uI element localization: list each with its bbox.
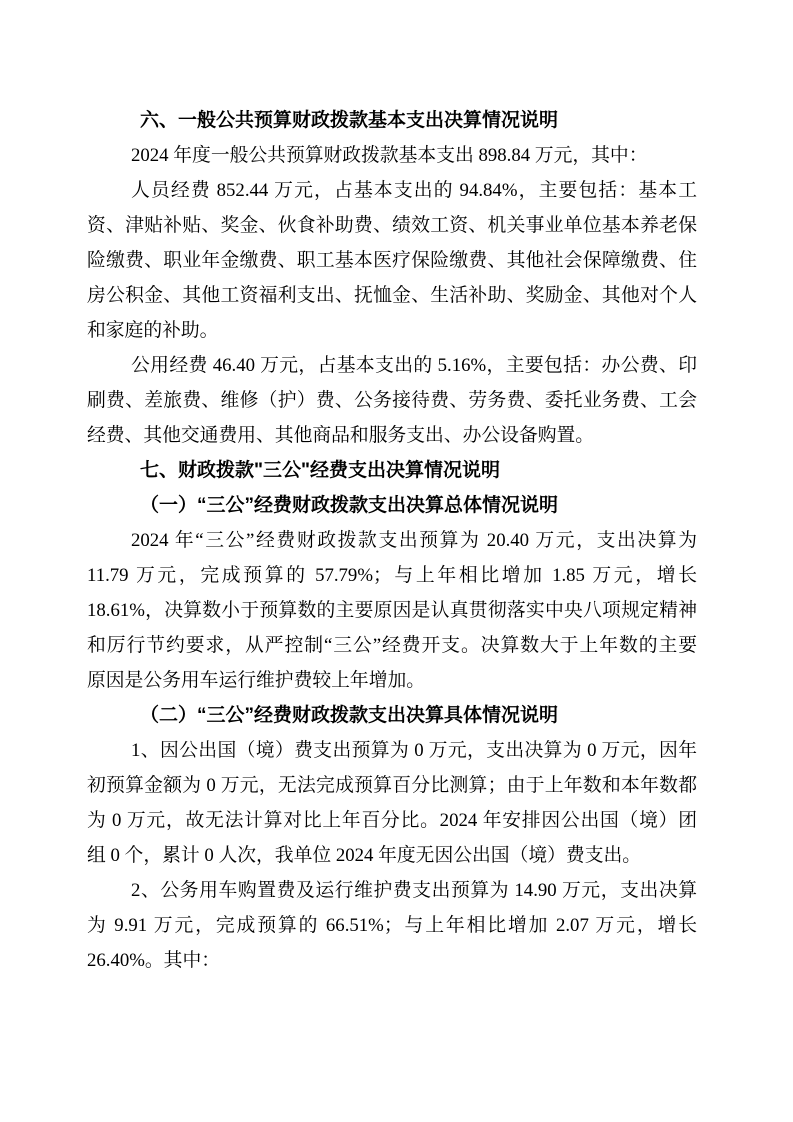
paragraph-line: 人员经费 852.44 万元，占基本支出的 94.84%，主要包括：基本工: [87, 173, 697, 208]
paragraph-line: 2024 年“三公”经费财政拨款支出预算为 20.40 万元，支出决算为: [87, 523, 697, 558]
section-7-heading: 七、财政拨款"三公"经费支出决算情况说明: [87, 453, 697, 488]
paragraph-line: 18.61%，决算数小于预算数的主要原因是认真贯彻落实中央八项规定精神: [87, 593, 697, 628]
paragraph-line: 房公积金、其他工资福利支出、抚恤金、生活补助、奖励金、其他对个人: [87, 278, 697, 313]
section-6-heading: 六、一般公共预算财政拨款基本支出决算情况说明: [87, 103, 697, 138]
paragraph-line: 险缴费、职业年金缴费、职工基本医疗保险缴费、其他社会保障缴费、住: [87, 243, 697, 278]
paragraph-line: 为 0 万元，故无法计算对比上年百分比。2024 年安排因公出国（境）团: [87, 803, 697, 838]
paragraph-line: 刷费、差旅费、维修（护）费、公务接待费、劳务费、委托业务费、工会: [87, 383, 697, 418]
paragraph-line: 2024 年度一般公共预算财政拨款基本支出 898.84 万元，其中：: [87, 138, 697, 173]
paragraph-line: 为 9.91 万元，完成预算的 66.51%；与上年相比增加 2.07 万元，增…: [87, 908, 697, 943]
paragraph-line: 资、津贴补贴、奖金、伙食补助费、绩效工资、机关事业单位基本养老保: [87, 208, 697, 243]
paragraph-line: 原因是公务用车运行维护费较上年增加。: [87, 663, 697, 698]
paragraph-line: 和厉行节约要求，从严控制“三公”经费开支。决算数大于上年数的主要: [87, 628, 697, 663]
document-page: { "page": { "background_color": "#ffffff…: [0, 0, 793, 1122]
paragraph-line: 和家庭的补助。: [87, 313, 697, 348]
paragraph-line: 11.79 万元，完成预算的 57.79%；与上年相比增加 1.85 万元，增长: [87, 558, 697, 593]
paragraph-line: 经费、其他交通费用、其他商品和服务支出、办公设备购置。: [87, 418, 697, 453]
paragraph-line: 26.40%。其中：: [87, 943, 697, 978]
subsection-1-heading: （一）“三公”经费财政拨款支出决算总体情况说明: [87, 488, 697, 523]
paragraph-line: 组 0 个，累计 0 人次，我单位 2024 年度无因公出国（境）费支出。: [87, 838, 697, 873]
paragraph-line: 1、因公出国（境）费支出预算为 0 万元，支出决算为 0 万元，因年: [87, 733, 697, 768]
paragraph-line: 2、公务用车购置费及运行维护费支出预算为 14.90 万元，支出决算: [87, 873, 697, 908]
paragraph-line: 公用经费 46.40 万元，占基本支出的 5.16%，主要包括：办公费、印: [87, 348, 697, 383]
subsection-2-heading: （二）“三公”经费财政拨款支出决算具体情况说明: [87, 698, 697, 733]
document-body: 六、一般公共预算财政拨款基本支出决算情况说明 2024 年度一般公共预算财政拨款…: [87, 103, 697, 978]
paragraph-line: 初预算金额为 0 万元，无法完成预算百分比测算；由于上年数和本年数都: [87, 768, 697, 803]
